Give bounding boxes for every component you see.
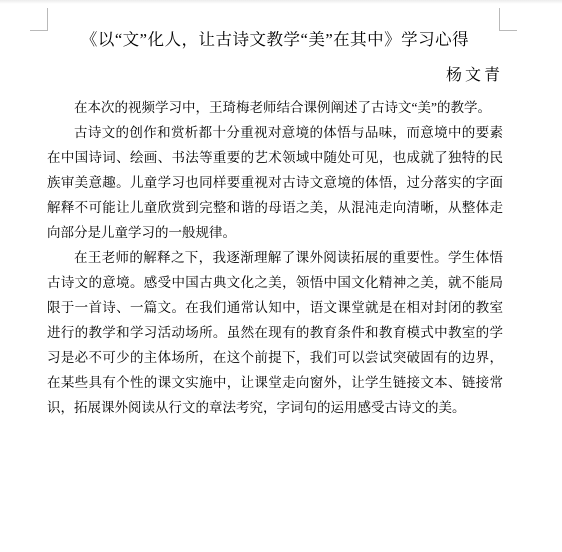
body-paragraph[interactable]: 古诗文的创作和赏析都十分重视对意境的体悟与品味，而意境中的要素在中国诗词、绘画、… [47, 120, 503, 245]
page-top-edge [0, 0, 562, 4]
document-body[interactable]: 在本次的视频学习中，王琦梅老师结合课例阐述了古诗文“美”的教学。 古诗文的创作和… [47, 95, 503, 420]
body-paragraph[interactable]: 在王老师的解释之下，我逐渐理解了课外阅读拓展的重要性。学生体悟古诗文的意境。感受… [47, 245, 503, 420]
document-author[interactable]: 杨文青 [47, 63, 503, 89]
document-title[interactable]: 《以“文”化人，让古诗文教学“美”在其中》学习心得 [47, 27, 503, 53]
text-boundary-mark-top-left [30, 8, 48, 31]
document-page[interactable]: 《以“文”化人，让古诗文教学“美”在其中》学习心得 杨文青 在本次的视频学习中，… [0, 0, 562, 552]
body-paragraph[interactable]: 在本次的视频学习中，王琦梅老师结合课例阐述了古诗文“美”的教学。 [47, 95, 503, 120]
